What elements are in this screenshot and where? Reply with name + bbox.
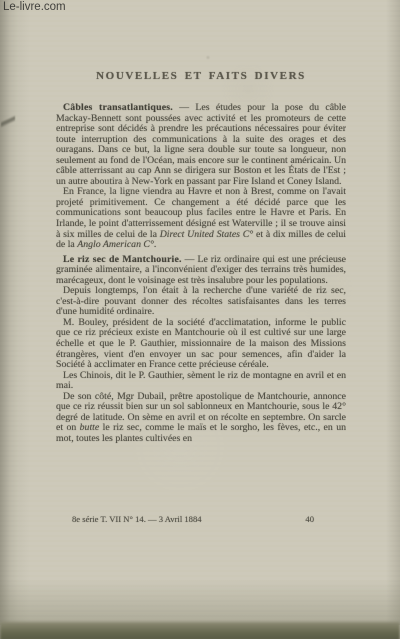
company-name-anglo-american: Anglo American C° [77, 239, 154, 250]
paragraph-riz-4: Les Chinois, dit le P. Gauthier, sèment … [56, 371, 346, 392]
article-title-cables: Câbles transatlantiques. [63, 103, 173, 113]
page-footer: 8e série T. VII N° 14. — 3 Avril 1884 40 [56, 514, 346, 524]
page-content: NOUVELLES ET FAITS DIVERS Câbles transat… [56, 70, 346, 515]
paragraph-cables-1: Câbles transatlantiques. — Les études po… [56, 103, 346, 187]
company-name-direct-united-states: Direct United States C° [160, 229, 254, 240]
watermark-le-livre: Le-livre.com [3, 1, 66, 13]
paragraph-riz-3: M. Bouley, président de la société d'acc… [56, 318, 346, 371]
paragraph-text: le riz sec, comme le maïs et le sorgho, … [56, 422, 346, 444]
paragraph-text: . [154, 239, 156, 250]
article-title-riz: Le riz sec de Mantchourie. [63, 254, 182, 265]
paragraph-riz-1: Le riz sec de Mantchourie. — Le riz ordi… [56, 255, 346, 287]
paragraph-cables-2: En France, la ligne viendra au Havre et … [56, 187, 346, 250]
italic-word-butte: butte [80, 422, 100, 433]
scanned-book-page: Le-livre.com NOUVELLES ET FAITS DIVERS C… [0, 0, 400, 639]
page-right-edge-shadow [386, 0, 400, 639]
page-left-edge-shadow [0, 0, 30, 639]
page-bottom-edge [0, 622, 400, 639]
issue-info: 8e série T. VII N° 14. — 3 Avril 1884 [72, 514, 202, 524]
paragraph-riz-2: Depuis longtemps, l'on était à la recher… [56, 286, 346, 318]
article-body: Câbles transatlantiques. — Les études po… [56, 103, 346, 515]
page-title: NOUVELLES ET FAITS DIVERS [56, 70, 346, 83]
page-number: 40 [305, 514, 314, 524]
paragraph-riz-5: De son côté, Mgr Dubail, prêtre apostoli… [56, 392, 346, 445]
paragraph-text: — Les études pour la pose du câble Macka… [56, 103, 346, 187]
bottom-shadow [0, 579, 400, 625]
scratch-mark [1, 100, 15, 142]
